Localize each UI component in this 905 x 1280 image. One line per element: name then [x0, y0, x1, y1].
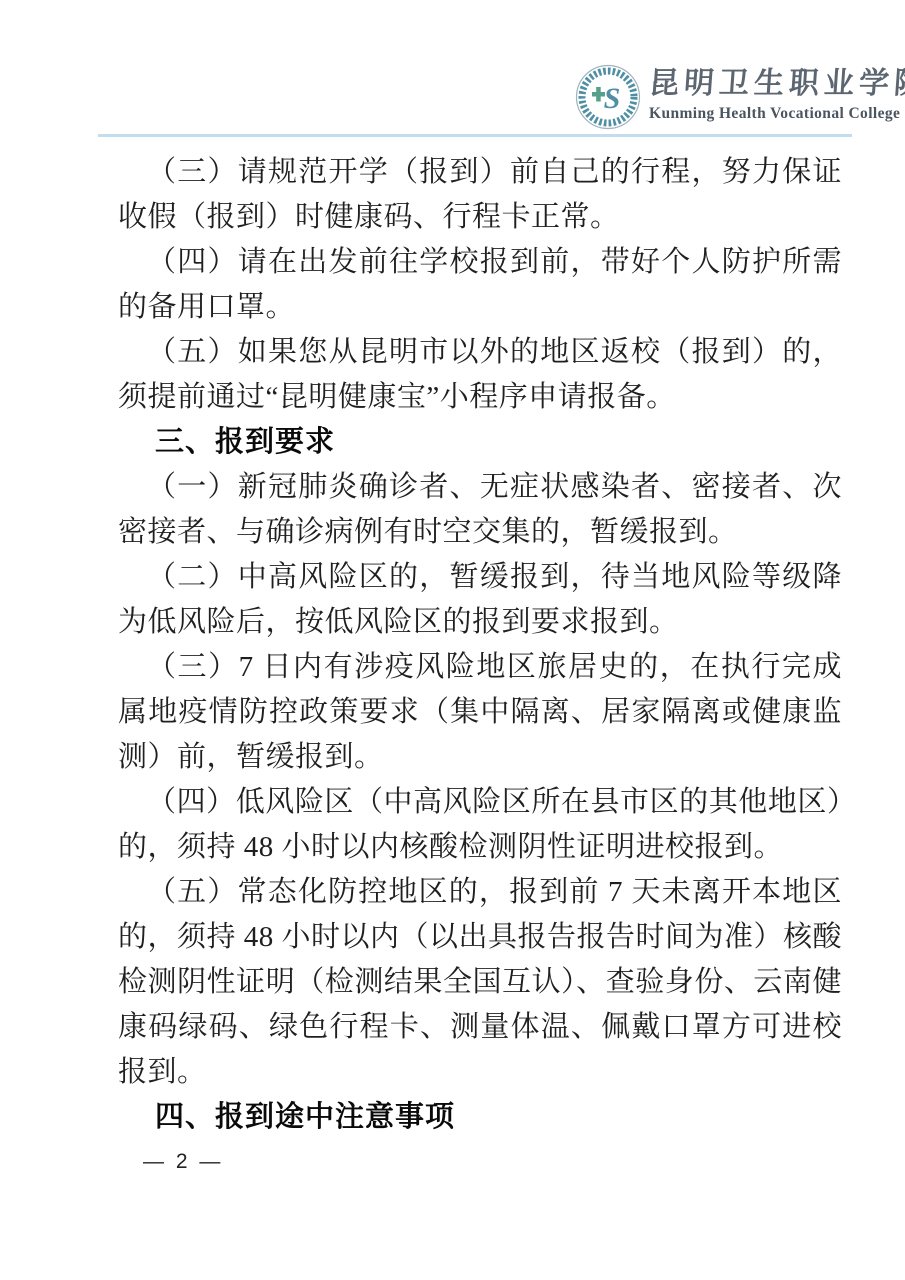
- college-name-english: Kunming Health Vocational College: [649, 104, 905, 124]
- college-brand: S 昆明卫生职业学院 Kunming Health Vocational Col…: [575, 64, 905, 130]
- section-heading: 三、报到要求: [118, 420, 842, 465]
- body-paragraph: （五）如果您从昆明市以外的地区返校（报到）的，须提前通过“昆明健康宝”小程序申请…: [118, 330, 842, 420]
- page-header: S 昆明卫生职业学院 Kunming Health Vocational Col…: [0, 0, 905, 140]
- section-heading: 四、报到途中注意事项: [118, 1095, 842, 1140]
- body-paragraph: （三）请规范开学（报到）前自己的行程，努力保证收假（报到）时健康码、行程卡正常。: [118, 150, 842, 240]
- body-paragraph: （五）常态化防控地区的，报到前 7 天未离开本地区的，须持 48 小时以内（以出…: [118, 870, 842, 1095]
- document-content: （三）请规范开学（报到）前自己的行程，努力保证收假（报到）时健康码、行程卡正常。…: [118, 150, 842, 1140]
- college-seal-icon: S: [575, 64, 641, 130]
- body-paragraph: （四）请在出发前往学校报到前，带好个人防护所需的备用口罩。: [118, 240, 842, 330]
- header-divider-line: [98, 134, 852, 137]
- svg-text:S: S: [604, 82, 621, 115]
- body-paragraph: （四）低风险区（中高风险区所在县市区的其他地区）的，须持 48 小时以内核酸检测…: [118, 780, 842, 870]
- page-number: — 2 —: [143, 1150, 223, 1174]
- college-name-chinese: 昆明卫生职业学院: [648, 68, 905, 100]
- body-paragraph: （二）中高风险区的，暂缓报到，待当地风险等级降为低风险后，按低风险区的报到要求报…: [118, 555, 842, 645]
- body-paragraph: （一）新冠肺炎确诊者、无症状感染者、密接者、次密接者、与确诊病例有时空交集的，暂…: [118, 465, 842, 555]
- college-name-block: 昆明卫生职业学院 Kunming Health Vocational Colle…: [649, 64, 905, 124]
- document-page: S 昆明卫生职业学院 Kunming Health Vocational Col…: [0, 0, 905, 1280]
- body-paragraph: （三）7 日内有涉疫风险地区旅居史的，在执行完成属地疫情防控政策要求（集中隔离、…: [118, 645, 842, 780]
